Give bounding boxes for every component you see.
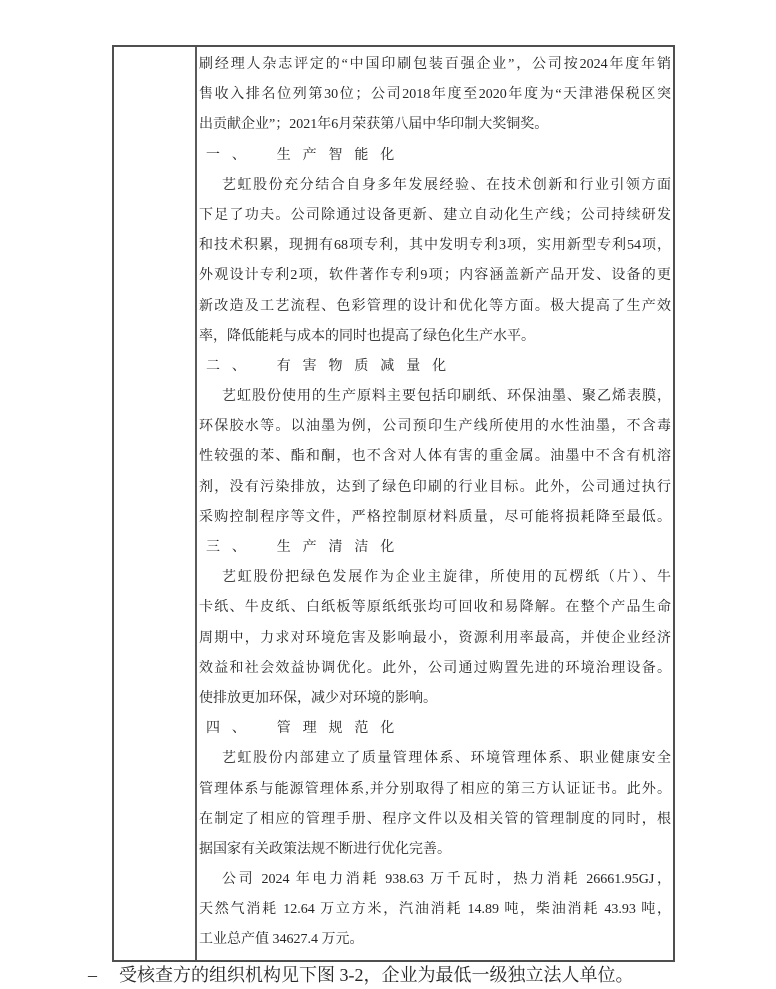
text-line: 天然气消耗 12.64 万立方米，汽油消耗 14.89 吨，柴油消耗 43.93…	[199, 895, 671, 925]
text-line: 率，降低能耗与成本的同时也提高了绿色化生产水平。	[199, 322, 671, 352]
text-line: 环保胶水等。以油墨为例，公司预印生产线所使用的水性油墨，不含毒	[199, 412, 671, 442]
text-line: 三、 生产清洁化	[199, 533, 671, 563]
text-line: 工业总产值 34627.4 万元。	[199, 925, 671, 955]
text-line: 四、 管理规范化	[199, 714, 671, 744]
text-line: 二、 有害物质减量化	[199, 352, 671, 382]
footer-dash: –	[88, 962, 97, 989]
table-left-column-cell	[114, 47, 197, 960]
text-line: 新改造及工艺流程、色彩管理的设计和优化等方面。极大提高了生产效	[199, 292, 671, 322]
text-line: 剂，没有污染排放，达到了绿色印刷的行业目标。此外，公司通过执行	[199, 473, 671, 503]
text-line: 卡纸、牛皮纸、白纸板等原纸纸张均可回收和易降解。在整个产品生命	[199, 593, 671, 623]
footer-text: 受核查方的组织机构见下图 3-2，企业为最低一级独立法人单位。	[119, 962, 634, 989]
text-line: 刷经理人杂志评定的“中国印刷包装百强企业”，公司按2024年度年销	[199, 50, 671, 80]
text-line: 据国家有关政策法规不断进行优化完善。	[199, 835, 671, 865]
text-line: 出贡献企业”；2021年6月荣获第八届中华印制大奖铜奖。	[199, 110, 671, 140]
text-line: 周期中，力求对环境危害及影响最小，资源利用率最高，并使企业经济	[199, 624, 671, 654]
text-line: 采购控制程序等文件，严格控制原材料质量，尽可能将损耗降至最低。	[199, 503, 671, 533]
text-line: 下足了功夫。公司除通过设备更新、建立自动化生产线；公司持续研发	[199, 201, 671, 231]
report-table: 刷经理人杂志评定的“中国印刷包装百强企业”，公司按2024年度年销售收入排名位列…	[112, 45, 675, 962]
text-line: 使排放更加环保，减少对环境的影响。	[199, 684, 671, 714]
text-line: 效益和社会效益协调优化。此外，公司通过购置先进的环境治理设备。	[199, 654, 671, 684]
text-line: 一、 生产智能化	[199, 141, 671, 171]
text-line: 艺虹股份充分结合自身多年发展经验、在技术创新和行业引领方面	[199, 171, 671, 201]
footer-note: – 受核查方的组织机构见下图 3-2，企业为最低一级独立法人单位。	[88, 962, 634, 989]
document-page: 刷经理人杂志评定的“中国印刷包装百强企业”，公司按2024年度年销售收入排名位列…	[0, 0, 776, 989]
text-line: 公司 2024 年电力消耗 938.63 万千瓦时，热力消耗 26661.95G…	[199, 865, 671, 895]
text-line: 外观设计专利2项，软件著作专利9项；内容涵盖新产品开发、设备的更	[199, 261, 671, 291]
text-line: 在制定了相应的管理手册、程序文件以及相关管的管理制度的同时，根	[199, 805, 671, 835]
text-line: 艺虹股份使用的生产原料主要包括印刷纸、环保油墨、聚乙烯表膜，	[199, 382, 671, 412]
text-line: 艺虹股份内部建立了质量管理体系、环境管理体系、职业健康安全	[199, 744, 671, 774]
text-line: 性较强的苯、酯和酮，也不含对人体有害的重金属。油墨中不含有机溶	[199, 442, 671, 472]
text-line: 售收入排名位列第30位；公司2018年度至2020年度为“天津港保税区突	[199, 80, 671, 110]
text-line: 艺虹股份把绿色发展作为企业主旋律，所使用的瓦楞纸（片）、牛	[199, 563, 671, 593]
text-line: 管理体系与能源管理体系,并分别取得了相应的第三方认证证书。此外。	[199, 775, 671, 805]
table-content-cell: 刷经理人杂志评定的“中国印刷包装百强企业”，公司按2024年度年销售收入排名位列…	[197, 47, 673, 960]
text-line: 和技术积累，现拥有68项专利，其中发明专利3项，实用新型专利54项，	[199, 231, 671, 261]
